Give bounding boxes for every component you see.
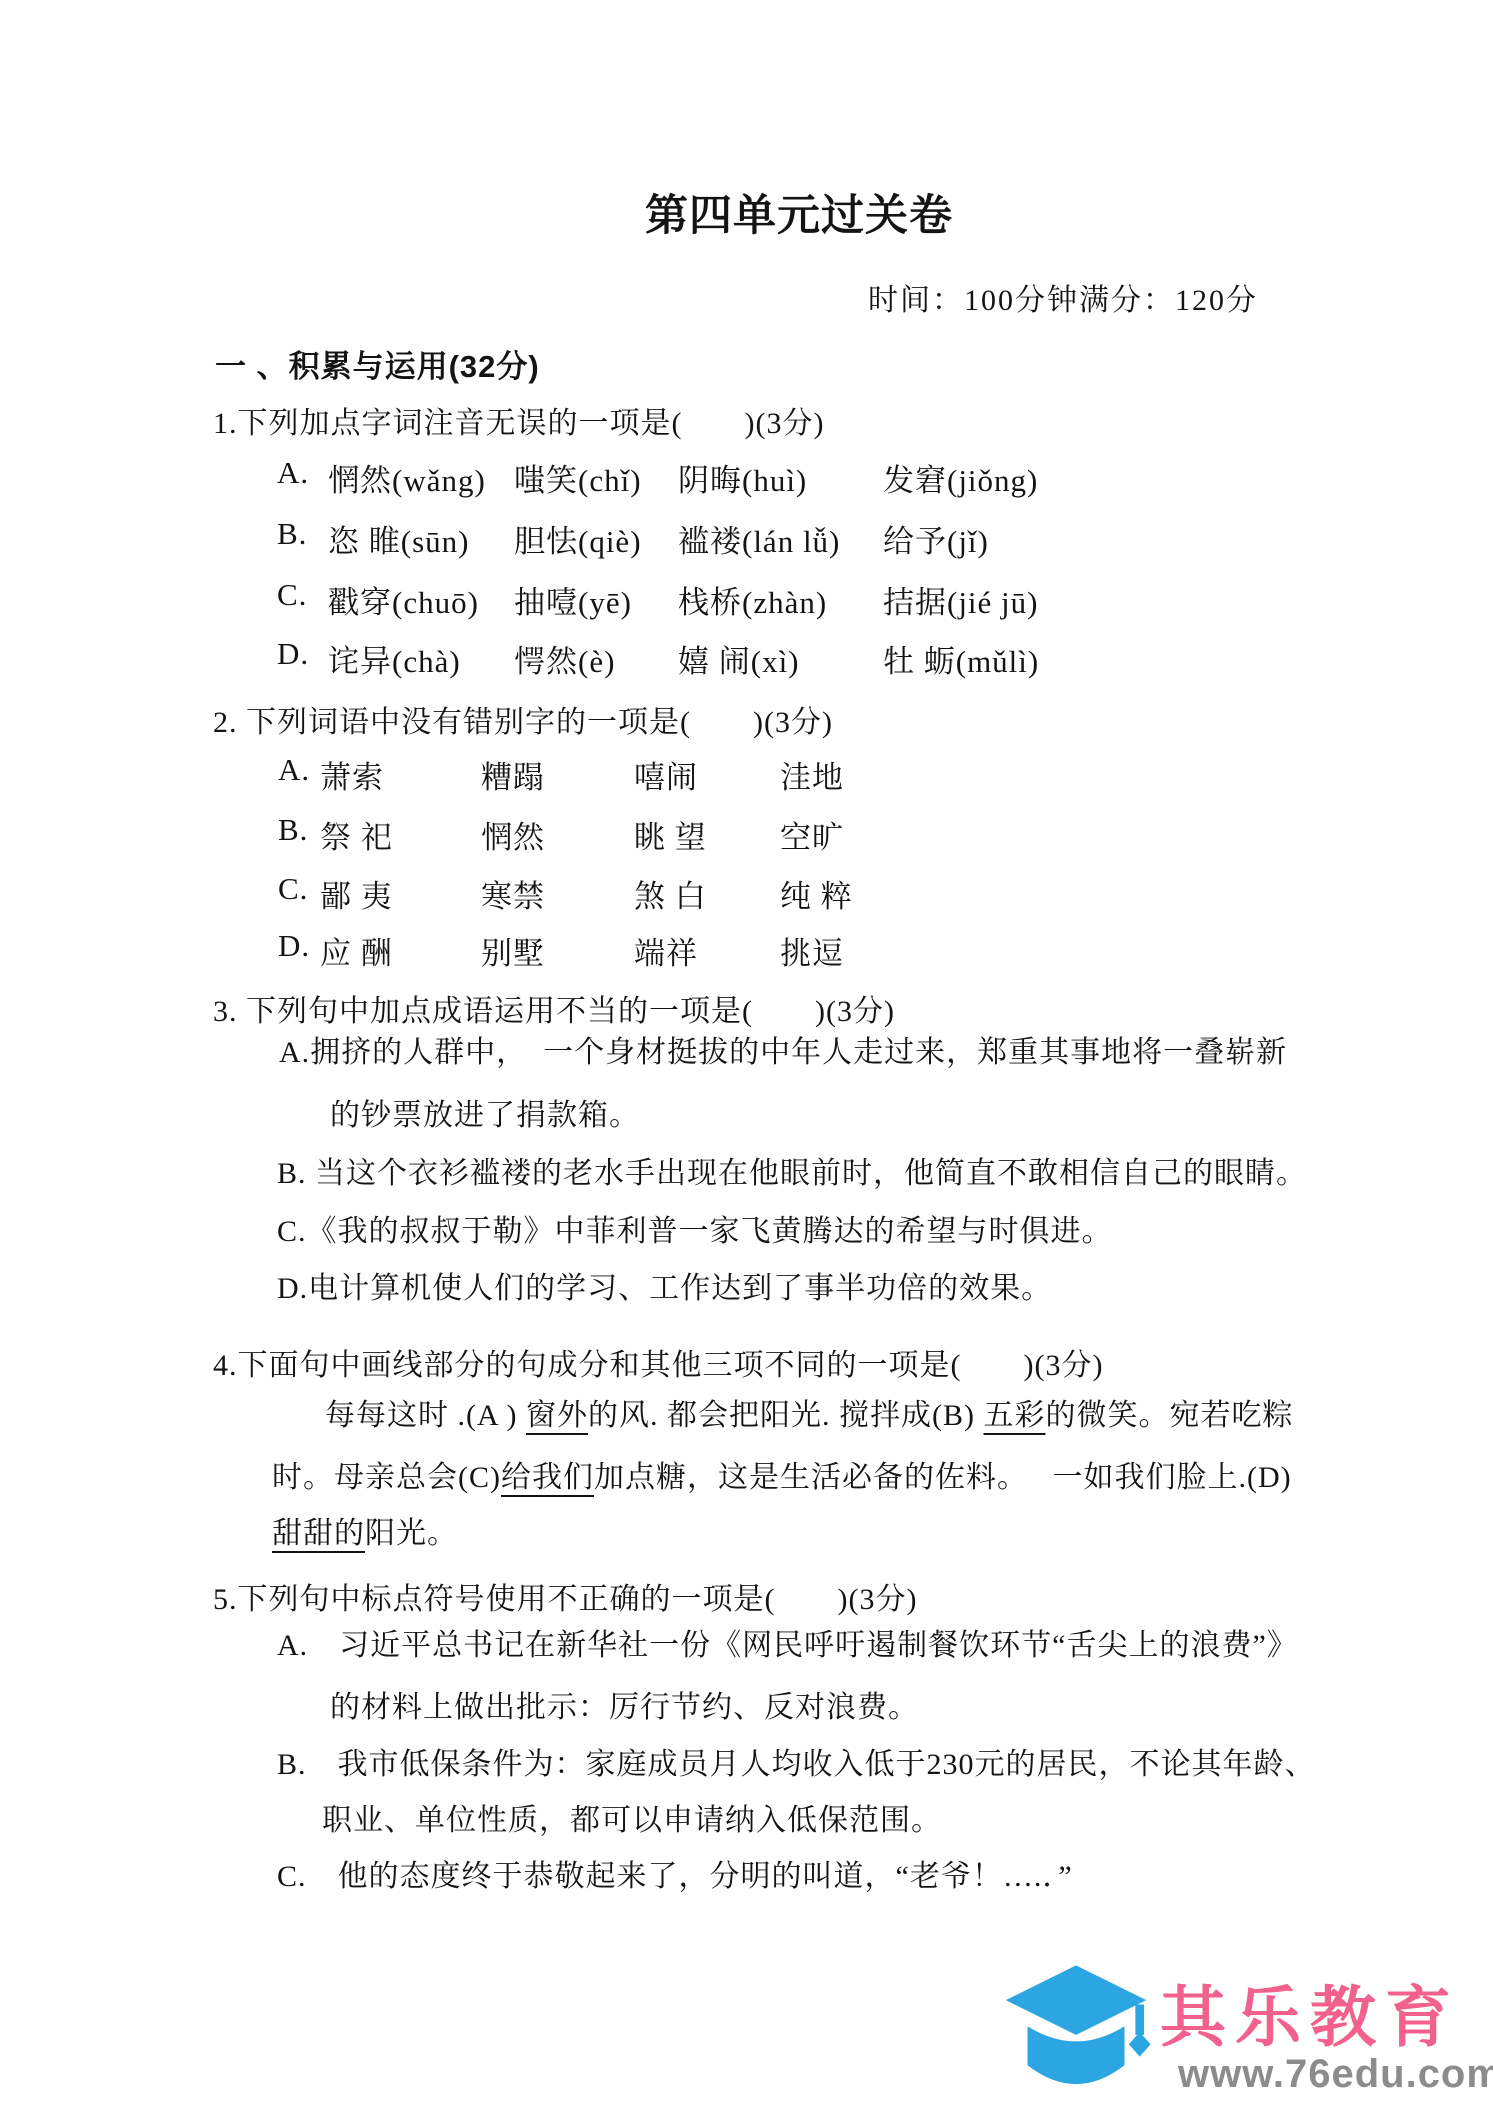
word-pinyin-item: 恣 睢(sūn) (328, 516, 514, 561)
word-pinyin-item: 胆怯(qiè) (514, 516, 678, 561)
option-label: C. (277, 577, 328, 622)
q3-option-a-line2: 的钞票放进了捐款箱。 (330, 1098, 640, 1134)
word-pinyin-item: 拮据(jié jū) (883, 577, 1039, 622)
option-label: B. (277, 516, 328, 561)
word-item: 祭 祀 (320, 812, 481, 857)
q5-option-b-line2: 职业、单位性质，都可以申请纳入低保范围。 (322, 1803, 942, 1839)
q1-row-b: B. 恣 睢(sūn) 胆怯(qiè) 褴褛(lán lǚ) 给予(jǐ) (277, 516, 989, 561)
brand-url: www.76edu.com (1178, 2052, 1493, 2097)
q2-row-a: A. 萧索 糟蹋 嘻闹 洼地 (278, 752, 844, 797)
q2-row-c: C. 鄙 夷 寒禁 煞 白 纯 粹 (278, 871, 853, 916)
q3-option-b: B. 当这个衣衫褴褛的老水手出现在他眼前时，他简直不敢相信自己的眼睛。 (277, 1156, 1307, 1192)
option-label: B. (278, 812, 320, 857)
word-item: 洼地 (780, 752, 844, 797)
q5-stem: 5.下列句中标点符号使用不正确的一项是( )(3分) (213, 1574, 917, 1618)
word-item: 寒禁 (481, 871, 634, 916)
q5-option-a-line1: A. 习近平总书记在新华社一份《网民呼吁遏制餐饮环节“舌尖上的浪费”》 (277, 1628, 1298, 1664)
q3-option-c: C.《我的叔叔于勒》中菲利普一家飞黄腾达的希望与时俱进。 (277, 1214, 1113, 1250)
word-item: 惘然 (481, 812, 634, 857)
q3-option-d: D.电计算机使人们的学习、工作达到了事半功倍的效果。 (277, 1271, 1052, 1307)
option-label: C. (278, 871, 320, 916)
word-pinyin-item: 发窘(jiǒng) (883, 455, 1038, 500)
word-pinyin-item: 嗤笑(chǐ) (514, 455, 678, 500)
q2-row-d: D. 应 酬 别墅 端祥 挑逗 (278, 928, 844, 973)
word-item: 空旷 (780, 812, 844, 857)
option-label: D. (278, 928, 320, 973)
word-item: 鄙 夷 (320, 871, 481, 916)
word-item: 嘻闹 (634, 752, 780, 797)
q5-option-b-line1: B. 我市低保条件为：家庭成员月人均收入低于230元的居民，不论其年龄、 (277, 1747, 1316, 1783)
q2-row-b: B. 祭 祀 惘然 眺 望 空旷 (278, 812, 844, 857)
q4-stem: 4.下面句中画线部分的句成分和其他三项不同的一项是( )(3分) (213, 1340, 1103, 1384)
q4-sentence-line2: 时。母亲总会(C)给我们加点糖，这是生活必备的佐料。 一如我们脸上.(D) (272, 1460, 1292, 1496)
word-pinyin-item: 抽噎(yē) (514, 577, 678, 622)
word-pinyin-item: 惘然(wǎng) (328, 455, 514, 500)
exam-paper-page: 第四单元过关卷 时间：100分钟满分：120分 一 、积累与运用(32分) 1.… (0, 0, 1493, 2112)
option-label: A. (278, 752, 320, 797)
graduation-cap-icon (1000, 1958, 1152, 2106)
word-item: 糟蹋 (481, 752, 634, 797)
q4-sentence-line1: 每每这时 .(A ) 窗外的风. 都会把阳光. 搅拌成(B) 五彩的微笑。宛若吃… (325, 1398, 1294, 1434)
exam-meta: 时间：100分钟满分：120分 (868, 275, 1258, 319)
q1-stem: 1.下列加点字词注音无误的一项是( )(3分) (213, 398, 824, 442)
word-pinyin-item: 愕然(è) (514, 636, 678, 681)
word-item: 挑逗 (780, 928, 844, 973)
option-label: A. (277, 455, 328, 500)
brand-name: 其乐教育 (1160, 1964, 1460, 2059)
word-item: 煞 白 (634, 871, 780, 916)
word-pinyin-item: 褴褛(lán lǚ) (678, 516, 883, 561)
q5-option-a-line2: 的材料上做出批示：厉行节约、反对浪费。 (330, 1690, 919, 1726)
section-heading: 一 、积累与运用(32分) (215, 341, 540, 386)
q2-stem: 2. 下列词语中没有错别字的一项是( )(3分) (213, 697, 833, 741)
q1-row-a: A. 惘然(wǎng) 嗤笑(chǐ) 阴晦(huì) 发窘(jiǒng) (277, 455, 1038, 500)
word-pinyin-item: 嬉 闹(xì) (678, 636, 883, 681)
word-item: 眺 望 (634, 812, 780, 857)
paper-title: 第四单元过关卷 (645, 182, 953, 243)
word-pinyin-item: 栈桥(zhàn) (678, 577, 883, 622)
word-pinyin-item: 阴晦(huì) (678, 455, 883, 500)
word-item: 萧索 (320, 752, 481, 797)
word-item: 应 酬 (320, 928, 481, 973)
q5-option-c: C. 他的态度终于恭敬起来了，分明的叫道，“老爷！….．” (277, 1859, 1073, 1895)
word-item: 纯 粹 (780, 871, 853, 916)
word-pinyin-item: 戳穿(chuō) (328, 577, 514, 622)
q4-sentence-line3: 甜甜的阳光。 (272, 1516, 458, 1552)
word-item: 端祥 (634, 928, 780, 973)
q3-stem: 3. 下列句中加点成语运用不当的一项是( )(3分) (213, 986, 895, 1030)
word-item: 别墅 (481, 928, 634, 973)
word-pinyin-item: 牡 蛎(mǔlì) (883, 636, 1039, 681)
word-pinyin-item: 诧异(chà) (328, 636, 514, 681)
brand-watermark: 其乐教育 www.76edu.com (1000, 1958, 1490, 2110)
q3-option-a-line1: A.拥挤的人群中， 一个身材挺拔的中年人走过来，郑重其事地将一叠崭新 (279, 1035, 1287, 1071)
word-pinyin-item: 给予(jǐ) (883, 516, 989, 561)
q1-row-d: D. 诧异(chà) 愕然(è) 嬉 闹(xì) 牡 蛎(mǔlì) (277, 636, 1039, 681)
q1-row-c: C. 戳穿(chuō) 抽噎(yē) 栈桥(zhàn) 拮据(jié jū) (277, 577, 1039, 622)
option-label: D. (277, 636, 328, 681)
